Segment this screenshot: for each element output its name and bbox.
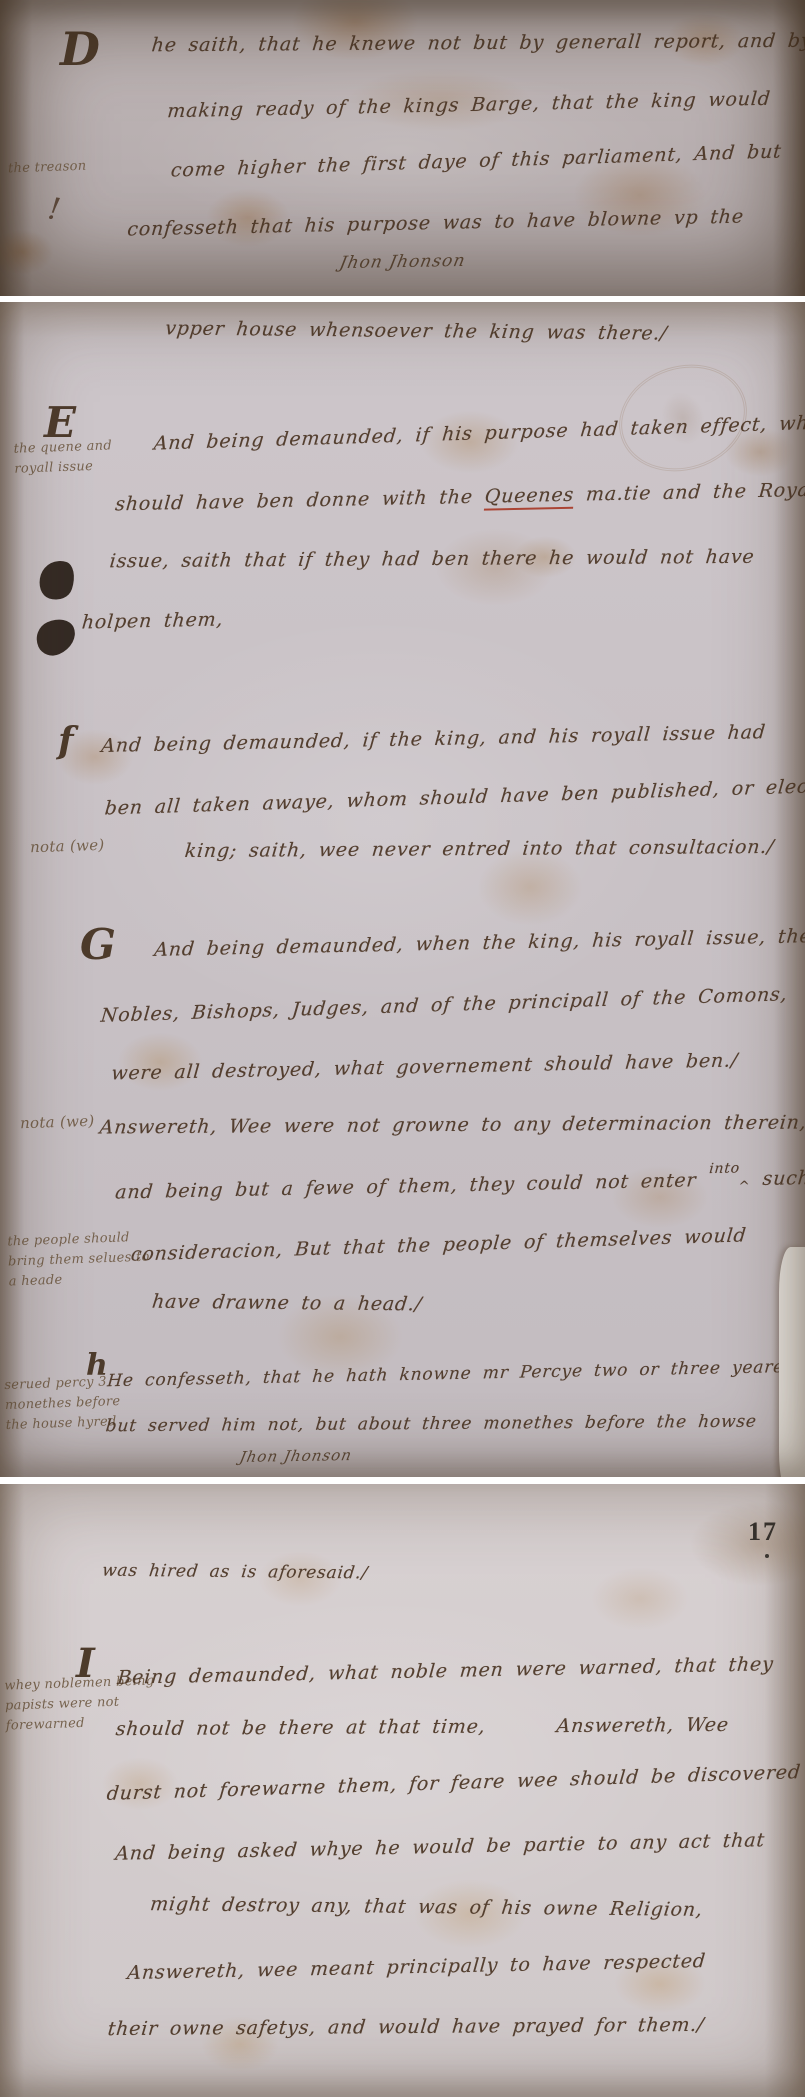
caret-mark: ^ xyxy=(738,1179,751,1194)
initial-letter-f: f xyxy=(58,720,74,762)
margin-note-quene-and-royall-issue: the quene and royall issue xyxy=(13,436,113,479)
signature-jhon-jhonson: Jhon Jhonson xyxy=(238,1446,354,1466)
manuscript-leaf-2: vpper house whensoever the king was ther… xyxy=(0,302,805,1477)
text-line: king; saith, wee never entred into that … xyxy=(184,836,776,862)
text-line: He confesseth, that he hath knowne mr Pe… xyxy=(106,1357,800,1391)
text-line: he saith, that he knewe not but by gener… xyxy=(151,30,805,57)
text-line: Nobles, Bishops, Judges, and of the prin… xyxy=(100,983,789,1026)
margin-note-the-treason: the treason xyxy=(8,159,87,177)
interlinear-insertion: into xyxy=(709,1160,741,1177)
margin-note-line: the house hyred xyxy=(5,1412,121,1436)
folio-number: 17 xyxy=(748,1517,778,1547)
text-line: was hired as is aforesaid./ xyxy=(101,1561,369,1584)
text-line: should not be there at that time, Answer… xyxy=(115,1714,730,1740)
text-line: vpper house whensoever the king was ther… xyxy=(164,317,669,344)
text-line: And being asked whye he would be partie … xyxy=(114,1829,765,1865)
text-segment: and being but a fewe of them, they could… xyxy=(114,1169,709,1203)
text-line: should have ben donne with the Queenes m… xyxy=(114,479,805,516)
margin-note-line: nota (we) xyxy=(30,835,105,858)
text-line: issue, saith that if they had ben there … xyxy=(109,546,756,572)
margin-note-line: nota (we) xyxy=(20,1111,95,1134)
text-line: and being but a fewe of them, they could… xyxy=(114,1167,805,1204)
manuscript-scan: D he saith, that he knewe not but by gen… xyxy=(0,0,805,2097)
text-line: might destroy any, that was of his owne … xyxy=(149,1893,704,1921)
text-line: making ready of the kings Barge, that th… xyxy=(166,88,771,123)
text-line: And being demaunded, when the king, his … xyxy=(153,925,805,961)
signature-jhon-jhonson: Jhon Jhonson xyxy=(338,251,468,273)
margin-note-nota-we: nota (we) xyxy=(20,1111,95,1134)
text-line: durst not forewarne them, for feare wee … xyxy=(106,1761,802,1805)
text-line: Answereth, Wee were not growne to any de… xyxy=(99,1112,805,1139)
margin-note-nota-we: nota (we) xyxy=(30,835,105,858)
text-line: Being demaunded, what noble men were war… xyxy=(116,1653,774,1689)
ink-blot xyxy=(35,556,80,605)
torn-paper-edge xyxy=(779,1247,805,1477)
text-line: were all destroyed, what governement sho… xyxy=(110,1049,739,1084)
text-line: but served him not, but about three mone… xyxy=(105,1412,758,1437)
initial-letter-d: D xyxy=(60,22,100,76)
margin-note-served-percy: serued percy 3 monethes before the house… xyxy=(4,1372,121,1436)
text-segment: should have ben donne with the xyxy=(114,486,485,516)
text-segment: ma.tie and the Royall xyxy=(573,479,805,506)
margin-note-line: royall issue xyxy=(14,456,113,479)
initial-letter-g: G xyxy=(80,920,116,969)
text-line: holpen them, xyxy=(81,609,224,634)
text-line: consideracion, But that the people of th… xyxy=(130,1224,748,1265)
margin-note-people-to-a-heade: the people should bring them selues to a… xyxy=(7,1228,151,1293)
manuscript-leaf-3: 17 was hired as is aforesaid./ I whey no… xyxy=(0,1484,805,2097)
ink-blot xyxy=(31,613,81,660)
margin-note-line: a heade xyxy=(8,1268,150,1293)
text-line: Answereth, wee meant principally to have… xyxy=(127,1950,707,1984)
text-line: their owne safetys, and would have praye… xyxy=(107,2014,706,2040)
text-line: And being demaunded, if the king, and hi… xyxy=(100,721,766,757)
margin-exclamation-mark: ! xyxy=(45,191,62,227)
underlined-word-queenes: Queenes xyxy=(484,484,575,511)
text-line: confesseth that his purpose was to have … xyxy=(126,206,744,241)
text-line: have drawne to a head./ xyxy=(151,1291,423,1316)
text-line: ben all taken awaye, whom should have be… xyxy=(104,774,805,819)
margin-note-line: the quene and xyxy=(13,436,112,459)
text-segment: such / xyxy=(750,1167,805,1191)
folio-dot xyxy=(765,1554,769,1558)
text-line: come higher the first daye of this parli… xyxy=(170,140,783,181)
manuscript-leaf-1: D he saith, that he knewe not but by gen… xyxy=(0,0,805,296)
